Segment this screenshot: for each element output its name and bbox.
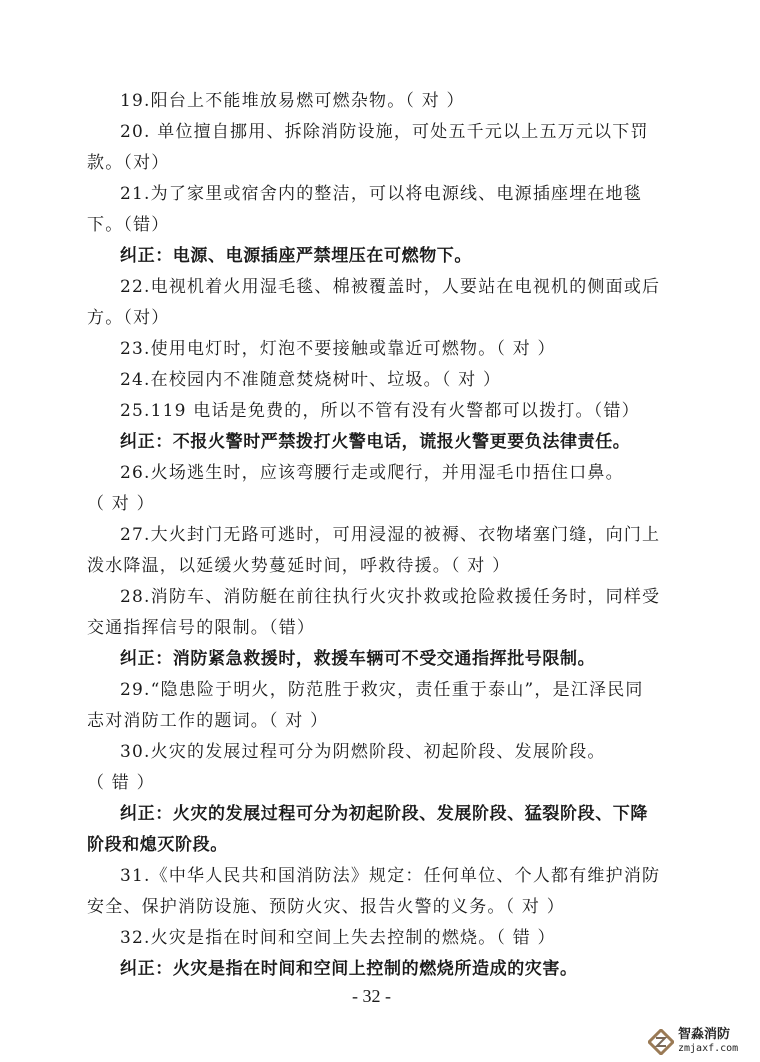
text-line: 20. 单位擅自挪用、拆除消防设施，可处五千元以上五万元以下罚 <box>120 121 649 143</box>
text-line: 23.使用电灯时，灯泡不要接触或靠近可燃物。（ 对 ） <box>120 338 556 360</box>
correction-line: 阶段和熄灭阶段。 <box>87 834 228 856</box>
text-line: （ 错 ） <box>87 772 155 794</box>
watermark-logo: 智淼消防 zmjaxf.com <box>648 1024 758 1060</box>
text-line: 30.火灾的发展过程可分为阴燃阶段、初起阶段、发展阶段。 <box>120 741 606 763</box>
correction-line: 纠正：火灾是指在时间和空间上控制的燃烧所造成的灾害。 <box>120 958 578 980</box>
text-line: 下。（错） <box>87 214 170 236</box>
text-line: 26.火场逃生时，应该弯腰行走或爬行，并用湿毛巾捂住口鼻。 <box>120 462 624 484</box>
text-line: 31.《中华人民共和国消防法》规定：任何单位、个人都有维护消防 <box>120 865 660 887</box>
text-line: 24.在校园内不准随意焚烧树叶、垃圾。（ 对 ） <box>120 369 501 391</box>
correction-line: 纠正：不报火警时严禁拨打火警电话，谎报火警更要负法律责任。 <box>120 431 630 453</box>
text-line: 21.为了家里或宿舍内的整洁，可以将电源线、电源插座埋在地毯 <box>120 183 642 205</box>
text-line: （ 对 ） <box>87 493 155 515</box>
text-line: 22.电视机着火用湿毛毯、棉被覆盖时，人要站在电视机的侧面或后 <box>120 276 660 298</box>
document-page: 19.阳台上不能堆放易燃可燃杂物。（ 对 ） 20. 单位擅自挪用、拆除消防设施… <box>0 0 760 1062</box>
text-line: 29.“隐患险于明火，防范胜于救灾，责任重于泰山”，是江泽民同 <box>120 679 644 701</box>
correction-line: 纠正：消防紧急救援时，救援车辆可不受交通指挥批号限制。 <box>120 648 595 670</box>
text-line: 方。（对） <box>87 307 170 329</box>
text-line: 安全、保护消防设施、预防火灾、报告火警的义务。（ 对 ） <box>87 896 565 918</box>
diamond-logo-icon <box>648 1029 674 1055</box>
watermark-url: zmjaxf.com <box>678 1042 738 1056</box>
text-line: 交通指挥信号的限制。（错） <box>87 617 315 639</box>
text-line: 款。（对） <box>87 152 170 174</box>
text-line: 泼水降温，以延缓火势蔓延时间，呼救待援。（ 对 ） <box>87 555 510 577</box>
watermark-name: 智淼消防 <box>678 1028 738 1042</box>
text-line: 27.大火封门无路可逃时，可用浸湿的被褥、衣物堵塞门缝，向门上 <box>120 524 660 546</box>
text-line: 28.消防车、消防艇在前往执行火灾扑救或抢险救援任务时，同样受 <box>120 586 660 608</box>
text-line: 志对消防工作的题词。（ 对 ） <box>87 710 328 732</box>
page-number: - 32 - <box>352 986 391 1007</box>
text-line: 19.阳台上不能堆放易燃可燃杂物。（ 对 ） <box>120 90 465 112</box>
correction-line: 纠正：电源、电源插座严禁埋压在可燃物下。 <box>120 245 472 267</box>
text-line: 25.119 电话是免费的，所以不管有没有火警都可以拨打。（错） <box>120 400 640 422</box>
text-line: 32.火灾是指在时间和空间上失去控制的燃烧。（ 错 ） <box>120 927 556 949</box>
correction-line: 纠正：火灾的发展过程可分为初起阶段、发展阶段、猛裂阶段、下降 <box>120 803 648 825</box>
